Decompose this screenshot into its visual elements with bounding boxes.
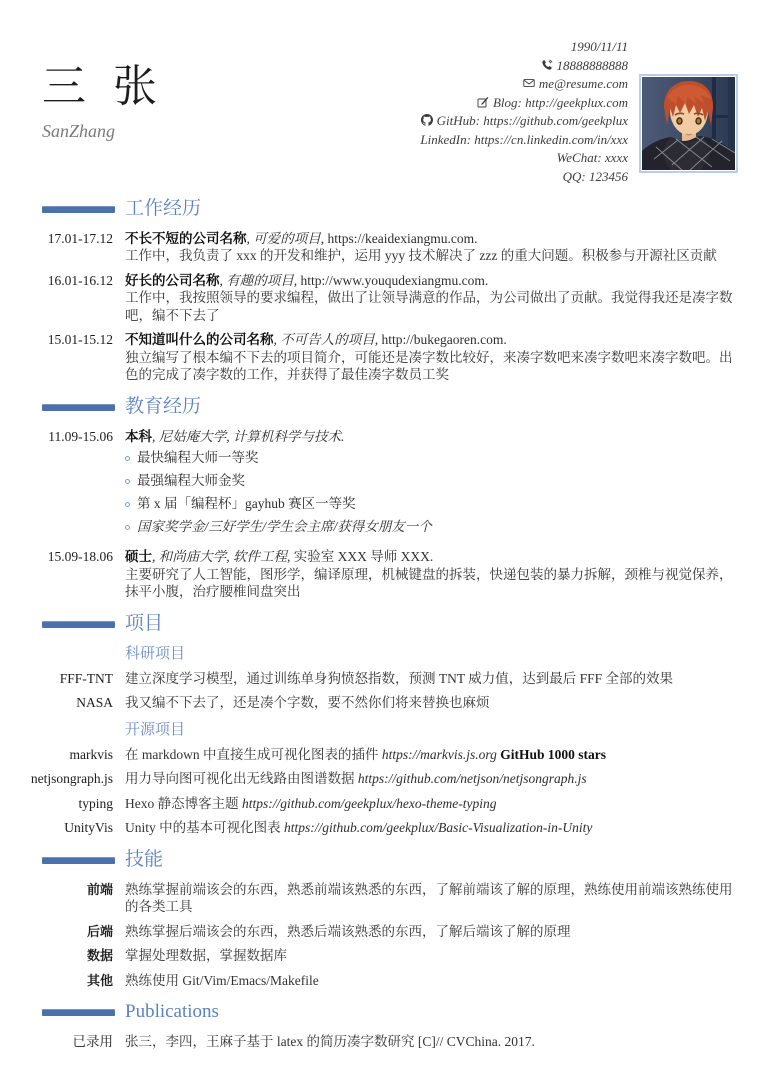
lab-advisor: 实验室 XXX 导师 XXX. (294, 549, 434, 564)
blog-pencil-icon (477, 96, 489, 108)
work-desc: 工作中，我按照领导的要求编程，做出了让领导满意的作品，为公司做出了贡献。我觉得我… (125, 289, 737, 324)
bullet-icon (125, 525, 130, 530)
project-desc: 我又编不下去了，还是凑个字数，要不然你们将来替换也麻烦 (125, 695, 490, 710)
project-url[interactable]: https://github.com/geekplux/hexo-theme-t… (242, 796, 497, 811)
contact-block: 1990/11/11 18888888888 me@resume.com Blo… (420, 34, 628, 186)
section-bar (42, 1009, 115, 1016)
section-title-projects: 项目 (125, 614, 163, 635)
education-period: 15.09-18.06 (48, 548, 113, 566)
award-item: 最强编程大师金奖 (125, 472, 737, 490)
project-desc: 在 markdown 中直接生成可视化图表的插件 (125, 747, 382, 762)
skill-label: 数据 (87, 947, 113, 965)
github-stars: GitHub 1000 stars (497, 747, 606, 762)
bullet-icon (125, 479, 130, 484)
work-item: 17.01-17.12 不长不短的公司名称, 可爱的项目, https://ke… (42, 230, 737, 265)
project-label: markvis (70, 746, 114, 764)
work-period: 15.01-15.12 (48, 331, 113, 349)
contact-github[interactable]: GitHub: https://github.com/geekplux (420, 112, 628, 131)
project-url[interactable]: https://markvis.js.org (382, 747, 497, 762)
section-bar (42, 206, 115, 213)
email-icon (523, 77, 535, 89)
project-detail: , 不可告人的项目, (274, 332, 382, 347)
skill-desc: 熟练使用 Git/Vim/Emacs/Makefile (125, 973, 319, 988)
work-item: 16.01-16.12 好长的公司名称, 有趣的项目, http://www.y… (42, 272, 737, 325)
project-item: markvis 在 markdown 中直接生成可视化图表的插件 https:/… (42, 746, 737, 764)
company-url[interactable]: http://bukegaoren.com. (382, 332, 507, 347)
contact-birthday: 1990/11/11 (420, 38, 628, 57)
contact-wechat: WeChat: xxxx (420, 149, 628, 168)
project-label: NASA (76, 694, 113, 712)
project-desc: Unity 中的基本可视化图表 (125, 820, 284, 835)
project-item: typing Hexo 静态博客主题 https://github.com/ge… (42, 795, 737, 813)
github-icon (421, 114, 433, 126)
contact-linkedin[interactable]: LinkedIn: https://cn.linkedin.com/in/xxx (420, 131, 628, 150)
section-header-education: 教育经历 (42, 397, 737, 418)
education-item: 11.09-15.06 本科, 尼姑庵大学, 计算机科学与技术. 最快编程大师一… (42, 428, 737, 542)
subsection-title-opensource: 开源项目 (125, 721, 737, 739)
skill-item: 后端 熟练掌握后端该会的东西，熟悉后端该熟悉的东西，了解后端该了解的原理 (42, 923, 737, 941)
skill-desc: 熟练掌握后端该会的东西，熟悉后端该熟悉的东西，了解后端该了解的原理 (125, 924, 571, 939)
header: 三 张 SanZhang 1990/11/11 18888888888 me@r… (0, 0, 768, 186)
project-item: FFF-TNT 建立深度学习模型，通过训练单身狗愤怒指数，预测 TNT 威力值，… (42, 670, 737, 688)
skill-label: 后端 (87, 923, 113, 941)
contact-email[interactable]: me@resume.com (420, 75, 628, 94)
section-header-projects: 项目 (42, 614, 737, 635)
section-bar (42, 404, 115, 411)
work-desc: 工作中，我负责了 xxx 的开发和维护，运用 yyy 技术解决了 zzz 的重大… (125, 247, 737, 265)
education-period: 11.09-15.06 (48, 428, 113, 446)
work-period: 17.01-17.12 (48, 230, 113, 248)
project-label: UnityVis (64, 819, 113, 837)
section-title-skills: 技能 (125, 850, 163, 871)
education-desc: 主要研究了人工智能，图形学，编译原理，机械键盘的拆装，快递包装的暴力拆解，颈椎与… (125, 566, 737, 601)
skill-item: 数据 掌握处理数据，掌握数据库 (42, 947, 737, 965)
section-title-publications: Publications (125, 1002, 219, 1023)
education-item: 15.09-18.06 硕士, 和尚庙大学, 软件工程, 实验室 XXX 导师 … (42, 548, 737, 601)
degree: 本科 (125, 429, 152, 444)
section-title-work: 工作经历 (125, 199, 201, 220)
company-name: 不长不短的公司名称 (125, 231, 247, 246)
section-title-education: 教育经历 (125, 397, 201, 418)
project-url[interactable]: https://github.com/netjson/netjsongraph.… (358, 771, 587, 786)
resume-page: 三 张 SanZhang 1990/11/11 18888888888 me@r… (0, 0, 768, 1086)
subsection-opensource: 开源项目 (42, 721, 737, 739)
contact-blog[interactable]: Blog: http://geekplux.com (420, 94, 628, 113)
skill-item: 其他 熟练使用 Git/Vim/Emacs/Makefile (42, 972, 737, 990)
name-block: 三 张 SanZhang (42, 34, 420, 142)
project-desc: 用力导向图可视化出无线路由图谱数据 (125, 771, 358, 786)
project-desc: 建立深度学习模型，通过训练单身狗愤怒指数，预测 TNT 威力值，达到最后 FFF… (125, 671, 673, 686)
section-header-publications: Publications (42, 1002, 737, 1023)
resume-body: 工作经历 17.01-17.12 不长不短的公司名称, 可爱的项目, https… (0, 199, 768, 1050)
project-detail: , 可爱的项目, (247, 231, 328, 246)
phone-icon (541, 59, 553, 71)
company-url[interactable]: http://www.youqudexiangmu.com. (301, 273, 489, 288)
name-english: SanZhang (42, 121, 420, 142)
company-url[interactable]: https://keaidexiangmu.com. (328, 231, 478, 246)
project-label: FFF-TNT (60, 670, 113, 688)
name-chinese: 三 张 (42, 62, 420, 113)
contact-qq: QQ: 123456 (420, 168, 628, 187)
subsection-title-research: 科研项目 (125, 645, 737, 663)
section-header-skills: 技能 (42, 850, 737, 871)
skill-item: 前端 熟练掌握前端该会的东西，熟悉前端该熟悉的东西，了解前端该了解的原理，熟练使… (42, 881, 737, 916)
skill-label: 其他 (87, 972, 113, 990)
skill-desc: 掌握处理数据，掌握数据库 (125, 948, 287, 963)
award-item: 国家奖学金/三好学生/学生会主席/获得女朋友一个 (125, 518, 737, 536)
skill-label: 前端 (87, 881, 113, 899)
publication-citation: 张三，李四，王麻子基于 latex 的简历凑字数研究 [C]// CVChina… (125, 1034, 535, 1049)
bullet-icon (125, 456, 130, 461)
project-item: netjsongraph.js 用力导向图可视化出无线路由图谱数据 https:… (42, 770, 737, 788)
section-bar (42, 621, 115, 628)
award-item: 第 x 届「编程杯」gayhub 赛区一等奖 (125, 495, 737, 513)
avatar (639, 74, 738, 173)
work-period: 16.01-16.12 (48, 272, 113, 290)
bullet-icon (125, 502, 130, 507)
project-item: UnityVis Unity 中的基本可视化图表 https://github.… (42, 819, 737, 837)
project-label: netjsongraph.js (31, 770, 113, 788)
award-list: 最快编程大师一等奖 最强编程大师金奖 第 x 届「编程杯」gayhub 赛区一等… (125, 449, 737, 536)
project-item: NASA 我又编不下去了，还是凑个字数，要不然你们将来替换也麻烦 (42, 694, 737, 712)
project-detail: , 有趣的项目, (220, 273, 301, 288)
contact-phone: 18888888888 (420, 57, 628, 76)
section-bar (42, 857, 115, 864)
company-name: 不知道叫什么的公司名称 (125, 332, 274, 347)
publication-status: 已录用 (73, 1033, 114, 1051)
subsection-research: 科研项目 (42, 645, 737, 663)
degree: 硕士 (125, 549, 152, 564)
publication-item: 已录用 张三，李四，王麻子基于 latex 的简历凑字数研究 [C]// CVC… (42, 1033, 737, 1051)
school-major: , 和尚庙大学, 软件工程, (152, 549, 294, 564)
project-label: typing (78, 795, 113, 813)
work-desc: 独立编写了根本编不下去的项目简介，可能还是凑字数比较好，来凑字数吧来凑字数吧来凑… (125, 349, 737, 384)
company-name: 好长的公司名称 (125, 273, 220, 288)
work-item: 15.01-15.12 不知道叫什么的公司名称, 不可告人的项目, http:/… (42, 331, 737, 384)
project-url[interactable]: https://github.com/geekplux/Basic-Visual… (284, 820, 592, 835)
project-desc: Hexo 静态博客主题 (125, 796, 242, 811)
school-major: , 尼姑庵大学, 计算机科学与技术. (152, 429, 344, 444)
award-item: 最快编程大师一等奖 (125, 449, 737, 467)
skill-desc: 熟练掌握前端该会的东西，熟悉前端该熟悉的东西，了解前端该了解的原理，熟练使用前端… (125, 882, 733, 915)
section-header-work: 工作经历 (42, 199, 737, 220)
